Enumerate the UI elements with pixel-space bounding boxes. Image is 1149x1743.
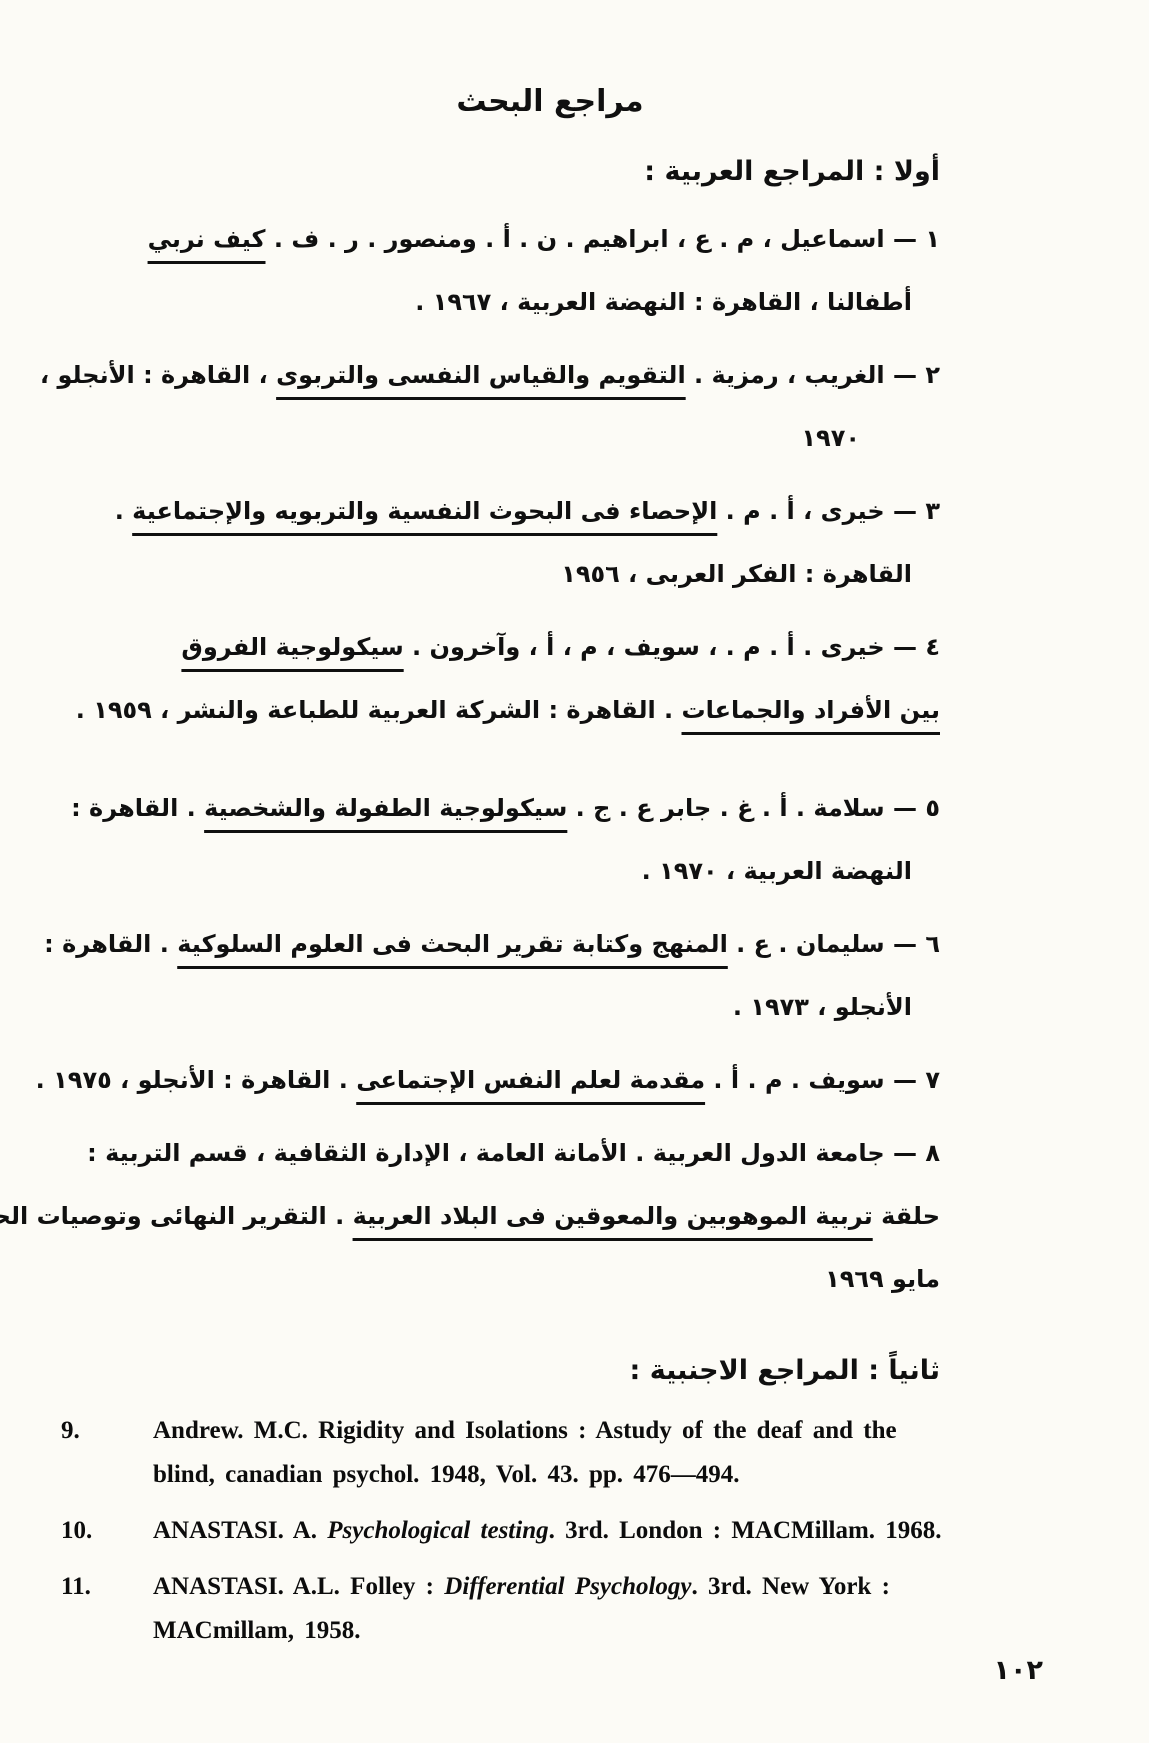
ref-text: Andrew. M.C. Rigidity and Isolations : A… <box>153 1417 897 1444</box>
ref-text: . 3rd. New York : <box>692 1573 890 1600</box>
ref-underlined-title: كيف نربي <box>148 225 266 253</box>
arabic-reference-6: ٦ — سليمان . ع . المنهج وكتابة تقرير الب… <box>110 913 940 1039</box>
page-number: ١٠٢ <box>994 1655 1043 1686</box>
ref-text: القاهرة : الفكر العربى ، ١٩٥٦ <box>561 560 912 588</box>
ref-text: ٤ — خيرى . أ . م . ، سويف ، م ، أ ، وآخر… <box>404 633 940 661</box>
reference-line: أطفالنا ، القاهرة : النهضة العربية ، ١٩٦… <box>110 271 940 334</box>
ref-date: مايو ١٩٦٩ <box>825 1265 940 1293</box>
reference-date-line: مايو ١٩٦٩ <box>110 1248 940 1311</box>
ref-year: ١٩٧٠ <box>801 424 860 452</box>
ref-italic-title: Differential Psychology <box>444 1573 691 1600</box>
reference-line: MACmillam, 1958. <box>153 1609 1045 1653</box>
reference-year-line: ١٩٧٠ <box>110 407 940 470</box>
reference-line: ٥ — سلامة . أ . غ . جابر ع . ج . سيكولوج… <box>110 777 940 840</box>
ref-underlined-title: التقويم والقياس النفسى والتربوى <box>276 361 686 389</box>
ref-text: ٧ — سويف . م . أ . <box>705 1066 940 1094</box>
ref-number: 11. <box>107 1565 153 1609</box>
reference-line: ١ — اسماعيل ، م . ع ، ابراهيم . ن . أ . … <box>110 208 940 271</box>
reference-line: ٧ — سويف . م . أ . مقدمة لعلم النفس الإج… <box>110 1049 940 1112</box>
ref-text: أطفالنا ، القاهرة : النهضة العربية ، ١٩٦… <box>415 288 912 316</box>
ref-underlined-title: الإحصاء فى البحوث النفسية والتربويه والإ… <box>132 497 717 525</box>
foreign-references-column: 9.Andrew. M.C. Rigidity and Isolations :… <box>107 1409 1045 1653</box>
reference-line: 10.ANASTASI. A. Psychological testing. 3… <box>153 1509 1045 1553</box>
ref-text: . <box>115 497 132 525</box>
reference-line: ٢ — الغريب ، رمزية . التقويم والقياس الن… <box>110 344 940 407</box>
ref-text: . 3rd. London : MACMillam. 1968. <box>549 1517 942 1544</box>
ref-text: الأنجلو ، ١٩٧٣ . <box>733 993 912 1021</box>
arabic-reference-2: ٢ — الغريب ، رمزية . التقويم والقياس الن… <box>110 344 940 470</box>
reference-line: 9.Andrew. M.C. Rigidity and Isolations :… <box>153 1409 1045 1453</box>
page-title: مراجع البحث <box>135 0 965 122</box>
reference-line: 11.ANASTASI. A.L. Folley : Differential … <box>153 1565 1045 1609</box>
ref-text: النهضة العربية ، ١٩٧٠ . <box>642 857 912 885</box>
ref-underlined-title: سيكولوجية الفروق <box>181 633 403 661</box>
arabic-reference-8: ٨ — جامعة الدول العربية . الأمانة العامة… <box>110 1122 940 1311</box>
arabic-references-column: مراجع البحث أولا : المراجع العربية : ١ —… <box>110 0 940 1397</box>
ref-text: ٢ — الغريب ، رمزية . <box>686 361 940 389</box>
reference-line: النهضة العربية ، ١٩٧٠ . <box>110 840 940 903</box>
ref-underlined-title: مقدمة لعلم النفس الإجتماعى <box>356 1066 705 1094</box>
ref-number: 9. <box>107 1409 153 1453</box>
ref-text: ، القاهرة : الأنجلو ، <box>40 361 276 389</box>
reference-line: الأنجلو ، ١٩٧٣ . <box>110 976 940 1039</box>
reference-line: ٨ — جامعة الدول العربية . الأمانة العامة… <box>110 1122 940 1185</box>
ref-underlined-title: بين الأفراد والجماعات <box>682 696 940 724</box>
reference-line: ٤ — خيرى . أ . م . ، سويف ، م ، أ ، وآخر… <box>110 616 940 679</box>
ref-text: . القاهرة : <box>44 930 177 958</box>
ref-text: MACmillam, 1958. <box>153 1617 360 1644</box>
ref-text: ٦ — سليمان . ع . <box>728 930 940 958</box>
reference-line: بين الأفراد والجماعات . القاهرة : الشركة… <box>110 679 940 742</box>
reference-line: blind, canadian psychol. 1948, Vol. 43. … <box>153 1453 1045 1497</box>
ref-text: ANASTASI. A.L. Folley : <box>153 1573 444 1600</box>
ref-text: حلقة <box>873 1202 940 1230</box>
ref-text: ٥ — سلامة . أ . غ . جابر ع . ج . <box>567 794 940 822</box>
arabic-section-heading: أولا : المراجع العربية : <box>110 146 940 198</box>
ref-text: ١ — اسماعيل ، م . ع ، ابراهيم . ن . أ . … <box>266 225 941 253</box>
ref-text: ANASTASI. A. <box>153 1517 327 1544</box>
arabic-reference-7: ٧ — سويف . م . أ . مقدمة لعلم النفس الإج… <box>110 1049 940 1112</box>
ref-text: ٣ — خيرى ، أ . م . <box>717 497 940 525</box>
reference-line: ٣ — خيرى ، أ . م . الإحصاء فى البحوث الن… <box>110 480 940 543</box>
ref-underlined-title: تربية الموهوبين والمعوقين فى البلاد العر… <box>353 1202 873 1230</box>
ref-text: . التقرير النهائى وتوصيات الحلقة <box>0 1202 353 1230</box>
arabic-reference-3: ٣ — خيرى ، أ . م . الإحصاء فى البحوث الن… <box>110 480 940 606</box>
arabic-reference-1: ١ — اسماعيل ، م . ع ، ابراهيم . ن . أ . … <box>110 208 940 334</box>
ref-number: 10. <box>107 1509 153 1553</box>
reference-line: حلقة تربية الموهوبين والمعوقين فى البلاد… <box>110 1185 940 1248</box>
english-reference-11: 11.ANASTASI. A.L. Folley : Differential … <box>107 1565 1045 1653</box>
english-reference-9: 9.Andrew. M.C. Rigidity and Isolations :… <box>107 1409 1045 1497</box>
ref-underlined-title: سيكولوجية الطفولة والشخصية <box>204 794 567 822</box>
ref-text: . القاهرة : الشركة العربية للطباعة والنش… <box>76 696 682 724</box>
foreign-section-heading: ثانياً : المراجع الاجنبية : <box>110 1345 940 1397</box>
ref-italic-title: Psychological testing <box>327 1517 548 1544</box>
ref-text: ٨ — جامعة الدول العربية . الأمانة العامة… <box>87 1139 940 1167</box>
reference-line: القاهرة : الفكر العربى ، ١٩٥٦ <box>110 543 940 606</box>
reference-line: ٦ — سليمان . ع . المنهج وكتابة تقرير الب… <box>110 913 940 976</box>
ref-underlined-title: المنهج وكتابة تقرير البحث فى العلوم السل… <box>177 930 728 958</box>
ref-text: blind, canadian psychol. 1948, Vol. 43. … <box>153 1461 740 1488</box>
ref-text: . القاهرة : <box>71 794 204 822</box>
arabic-reference-5: ٥ — سلامة . أ . غ . جابر ع . ج . سيكولوج… <box>110 777 940 903</box>
arabic-reference-4: ٤ — خيرى . أ . م . ، سويف ، م ، أ ، وآخر… <box>110 616 940 742</box>
english-reference-10: 10.ANASTASI. A. Psychological testing. 3… <box>107 1509 1045 1553</box>
ref-text: . القاهرة : الأنجلو ، ١٩٧٥ . <box>36 1066 357 1094</box>
scanned-document-page: مراجع البحث أولا : المراجع العربية : ١ —… <box>0 0 1149 1743</box>
